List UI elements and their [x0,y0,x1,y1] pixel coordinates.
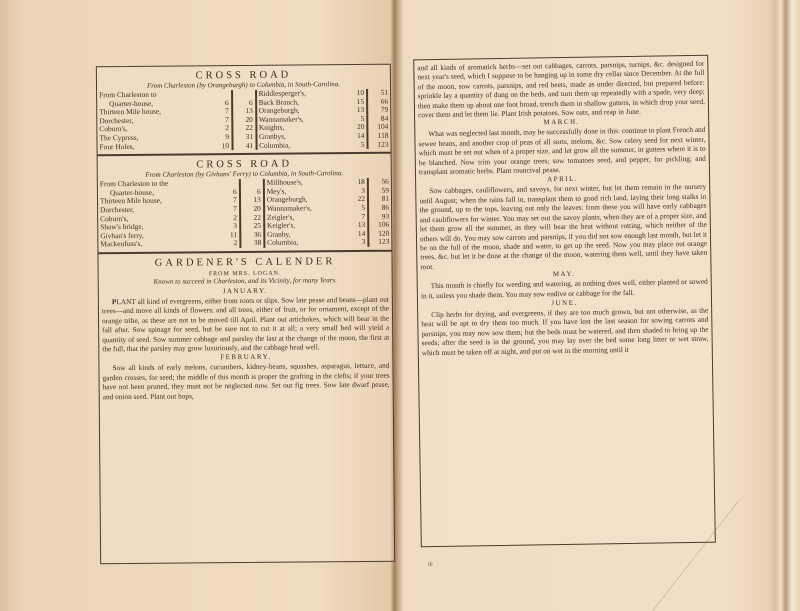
place: Columbia, [256,141,347,150]
place: Four Holes, [98,142,212,152]
cross-road-1-table: From Charleston toRiddlesperger's,1051 Q… [97,89,391,152]
february-text: Sow all kinds of early melons, cucumbers… [99,361,392,401]
calendar-title: GARDENER'S CALENDER [99,256,392,270]
cumulative: 123 [368,238,391,247]
june-text: Clip herbs for drying, and evergreens, i… [418,306,712,358]
cumulative: 41 [232,141,256,150]
left-page: CROSS ROAD From Charleston (by Orangebur… [0,0,395,611]
place: Columbia, [264,238,347,247]
table-row: Mackenfuss's,238Columbia,3123 [98,238,391,249]
divider [98,250,391,255]
miles: 3 [347,238,368,247]
miles: 10 [211,142,232,151]
divider [98,152,391,157]
right-page: and all kinds of aromatick herbs—set out… [398,0,778,611]
table-row: Four Holes,1041Columbia,5123 [98,140,391,151]
place: Mackenfuss's, [98,240,219,250]
book-spread: CROSS ROAD From Charleston (by Orangebur… [0,0,800,611]
miles: 2 [219,239,240,248]
april-text: Sow cabbages, cauliflowers, and savoys, … [416,182,710,271]
january-text: PLANT all kind of evergreens, either fro… [99,295,392,354]
page-signature: ib [428,562,433,568]
miles: 5 [346,140,367,149]
intro-text: and all kinds of aromatick herbs—set out… [414,59,708,120]
march-text: What was neglected last month, may be su… [415,125,709,177]
left-page-frame: CROSS ROAD From Charleston (by Orangebur… [96,64,395,565]
right-page-frame: and all kinds of aromatick herbs—set out… [413,55,716,548]
cumulative: 38 [240,239,264,248]
cumulative: 123 [367,140,390,149]
cross-road-2-table: From Charleston to theMillhouse's,1856 Q… [98,178,392,249]
